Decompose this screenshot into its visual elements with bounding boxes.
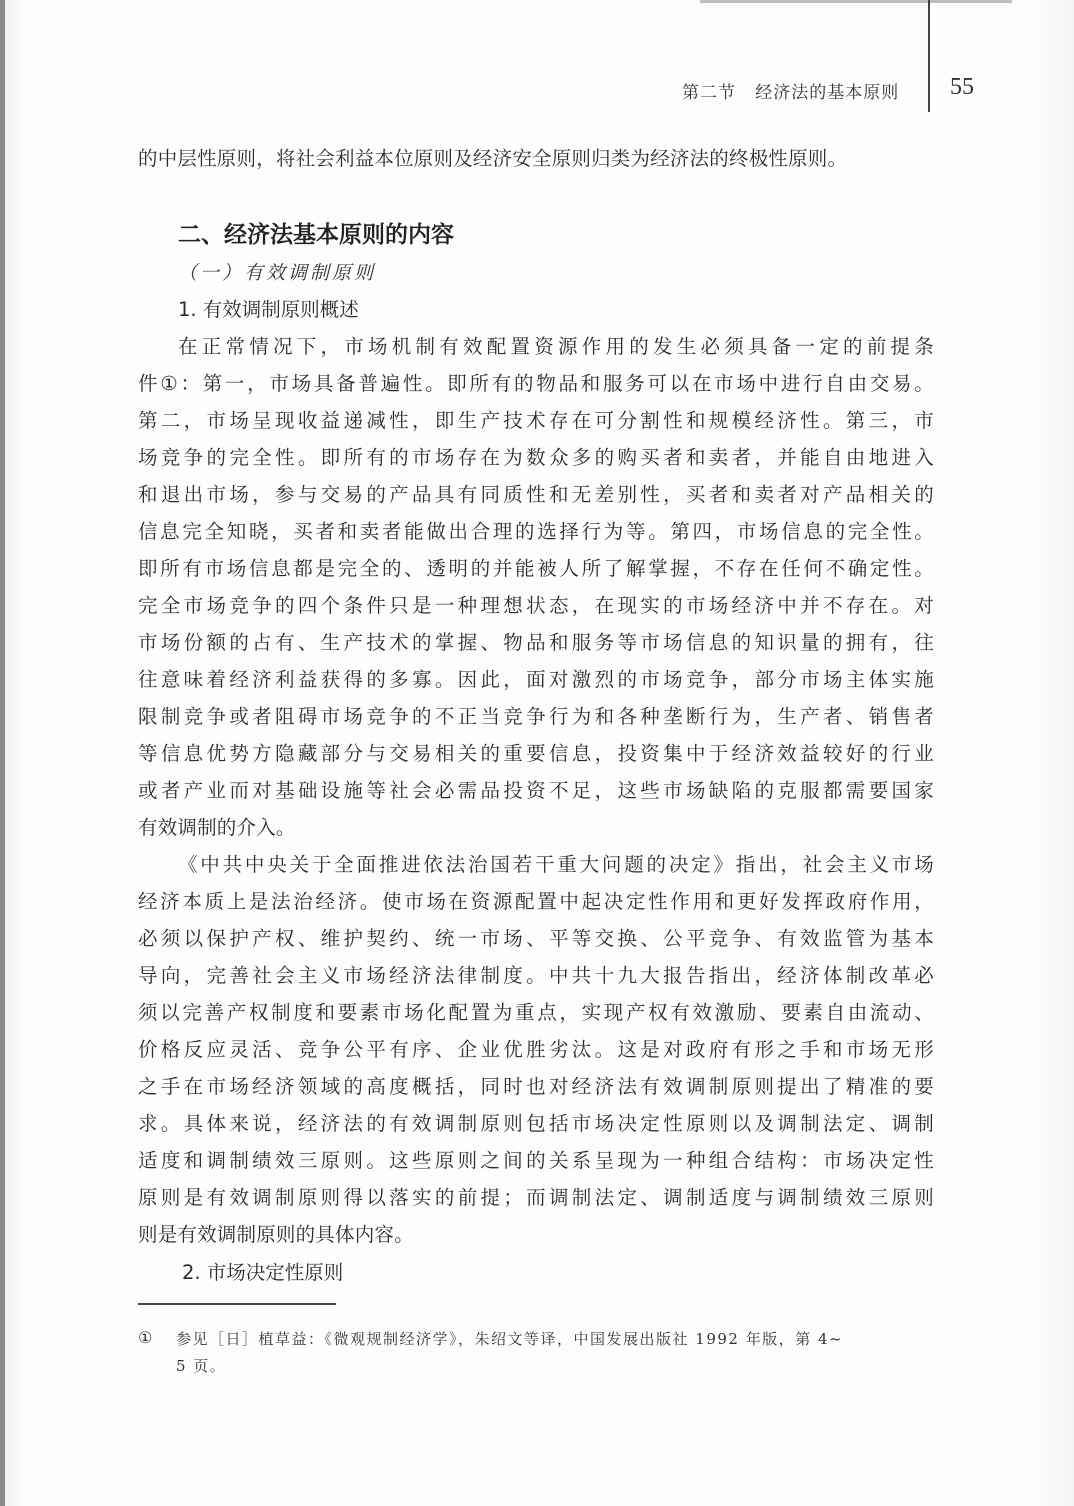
- paragraph-line: 须以完善产权制度和要素市场化配置为重点，实现产权有效激励、要素自由流动、: [138, 997, 934, 1025]
- item1-heading: 1. 有效调制原则概述: [178, 294, 359, 322]
- section-heading: 二、经济法基本原则的内容: [178, 216, 454, 249]
- carryover-line: 的中层性原则，将社会利益本位原则及经济安全原则归类为经济法的终极性原则。: [138, 143, 934, 171]
- paragraph-line: 《中共中央关于全面推进依法治国若干重大问题的决定》指出，社会主义市场: [178, 849, 934, 877]
- paragraph-line: 限制竞争或者阻碍市场竞争的不正当竞争行为和各种垄断行为，生产者、销售者: [138, 701, 934, 729]
- paragraph-line: 必须以保护产权、维护契约、统一市场、平等交换、公平竞争、有效监管为基本: [138, 923, 934, 951]
- paragraph-line: 或者产业而对基础设施等社会必需品投资不足，这些市场缺陷的克服都需要国家: [138, 775, 934, 803]
- paragraph-line: 求。具体来说，经济法的有效调制原则包括市场决定性原则以及调制法定、调制: [138, 1108, 934, 1136]
- paragraph-line: 信息完全知晓，买者和卖者能做出合理的选择行为等。第四，市场信息的完全性。: [138, 516, 934, 544]
- header-vertical-rule: [928, 0, 930, 112]
- paragraph-line: 件①：第一，市场具备普遍性。即所有的物品和服务可以在市场中进行自由交易。: [138, 368, 934, 396]
- paragraph-line: 市场份额的占有、生产技术的掌握、物品和服务等市场信息的知识量的拥有，往: [138, 627, 934, 655]
- paragraph-line: 适度和调制绩效三原则。这些原则之间的关系呈现为一种组合结构：市场决定性: [138, 1145, 934, 1173]
- paragraph-line: 则是有效调制原则的具体内容。: [138, 1219, 934, 1247]
- footnote-line-2: 5 页。: [176, 1355, 226, 1376]
- footnote-line-1: 参见［日］植草益：《微观规制经济学》，朱绍文等译，中国发展出版社 1992 年版…: [176, 1328, 843, 1349]
- item2-heading: 2. 市场决定性原则: [182, 1257, 343, 1285]
- paragraph-line: 在正常情况下，市场机制有效配置资源作用的发生必须具备一定的前提条: [178, 331, 934, 359]
- paragraph-line: 和退出市场，参与交易的产品具有同质性和无差别性，买者和卖者对产品相关的: [138, 479, 934, 507]
- page-edge-right: [1034, 0, 1074, 1506]
- paragraph-line: 原则是有效调制原则得以落实的前提；而调制法定、调制适度与调制绩效三原则: [138, 1182, 934, 1210]
- page-gutter-shade: [5, 0, 25, 1506]
- paragraph-line: 第二，市场呈现收益递减性，即生产技术存在可分割性和规模经济性。第三，市: [138, 405, 934, 433]
- page-number: 55: [950, 74, 974, 101]
- paragraph-line: 完全市场竞争的四个条件只是一种理想状态，在现实的市场经济中并不存在。对: [138, 590, 934, 618]
- paragraph-line: 往意味着经济利益获得的多寡。因此，面对激烈的市场竞争，部分市场主体实施: [138, 664, 934, 692]
- paragraph-line: 即所有市场信息都是完全的、透明的并能被人所了解掌握，不存在任何不确定性。: [138, 553, 934, 581]
- paragraph-line: 经济本质上是法治经济。使市场在资源配置中起决定性作用和更好发挥政府作用，: [138, 886, 934, 914]
- paragraph-line: 导向，完善社会主义市场经济法律制度。中共十九大报告指出，经济体制改革必: [138, 960, 934, 988]
- paragraph-line: 有效调制的介入。: [138, 812, 934, 840]
- subsection-heading: （一）有效调制原则: [178, 258, 376, 285]
- footnote-marker: ①: [138, 1328, 152, 1347]
- running-head: 第二节 经济法的基本原则: [682, 78, 899, 103]
- footnote-separator: [138, 1303, 336, 1305]
- paragraph-line: 之手在市场经济领域的高度概括，同时也对经济法有效调制原则提出了精准的要: [138, 1071, 934, 1099]
- top-scan-strip: [700, 0, 1012, 3]
- paragraph-line: 场竞争的完全性。即所有的市场存在为数众多的购买者和卖者，并能自由地进入: [138, 442, 934, 470]
- paragraph-line: 等信息优势方隐藏部分与交易相关的重要信息，投资集中于经济效益较好的行业: [138, 738, 934, 766]
- paragraph-line: 价格反应灵活、竞争公平有序、企业优胜劣汰。这是对政府有形之手和市场无形: [138, 1034, 934, 1062]
